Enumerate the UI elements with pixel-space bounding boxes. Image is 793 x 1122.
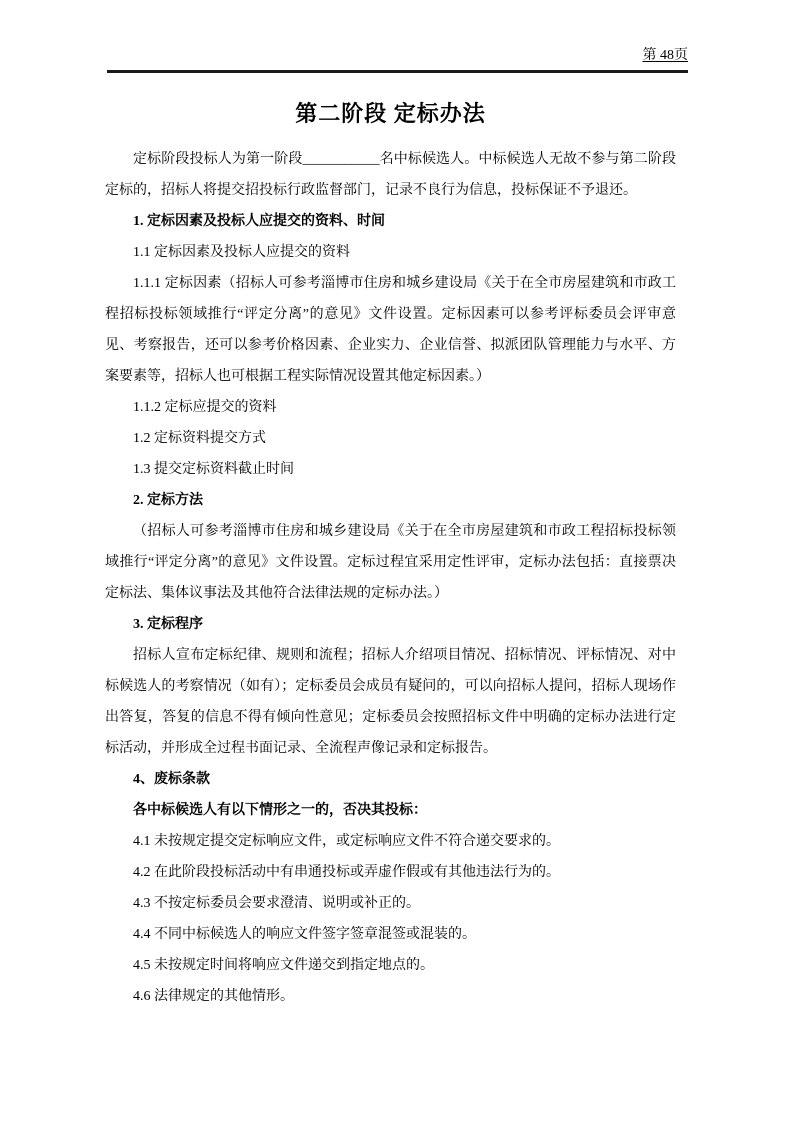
document-content: 第二阶段 定标办法 定标阶段投标人为第一阶段___________名中标候选人。… — [105, 96, 676, 1012]
paragraph: 1.1 定标因素及投标人应提交的资料 — [105, 237, 676, 268]
paragraph: 1.3 提交定标资料截止时间 — [105, 454, 676, 485]
paragraph: 定标阶段投标人为第一阶段___________名中标候选人。中标候选人无故不参与… — [105, 144, 676, 206]
paragraph: 4.4 不同中标候选人的响应文件签字签章混签或混装的。 — [105, 919, 676, 950]
page-title: 第二阶段 定标办法 — [105, 96, 676, 132]
paragraph: 1.1.2 定标应提交的资料 — [105, 392, 676, 423]
paragraph: 4.1 未按规定提交定标响应文件，或定标响应文件不符合递交要求的。 — [105, 826, 676, 857]
page-header: 第 48页 — [107, 46, 688, 73]
section-heading: 3. 定标程序 — [105, 609, 676, 640]
paragraph: 4.6 法律规定的其他情形。 — [105, 981, 676, 1012]
section-heading: 1. 定标因素及投标人应提交的资料、时间 — [105, 206, 676, 237]
paragraph: 4.5 未按规定时间将响应文件递交到指定地点的。 — [105, 950, 676, 981]
paragraph: 1.1.1 定标因素（招标人可参考淄博市住房和城乡建设局《关于在全市房屋建筑和市… — [105, 268, 676, 392]
paragraph: 招标人宣布定标纪律、规则和流程；招标人介绍项目情况、招标情况、评标情况、对中标候… — [105, 640, 676, 764]
document-page: 第 48页 第二阶段 定标办法 定标阶段投标人为第一阶段___________名… — [0, 0, 793, 1122]
paragraph: 4.3 不按定标委员会要求澄清、说明或补正的。 — [105, 888, 676, 919]
page-number: 第 48页 — [643, 48, 689, 63]
document-body: 定标阶段投标人为第一阶段___________名中标候选人。中标候选人无故不参与… — [105, 144, 676, 1012]
section-heading: 2. 定标方法 — [105, 485, 676, 516]
paragraph: 4.2 在此阶段投标活动中有串通投标或弄虚作假或有其他违法行为的。 — [105, 857, 676, 888]
paragraph: 1.2 定标资料提交方式 — [105, 423, 676, 454]
section-heading: 各中标候选人有以下情形之一的，否决其投标： — [105, 795, 676, 826]
section-heading: 4、废标条款 — [105, 764, 676, 795]
paragraph: （招标人可参考淄博市住房和城乡建设局《关于在全市房屋建筑和市政工程招标投标领域推… — [105, 516, 676, 609]
